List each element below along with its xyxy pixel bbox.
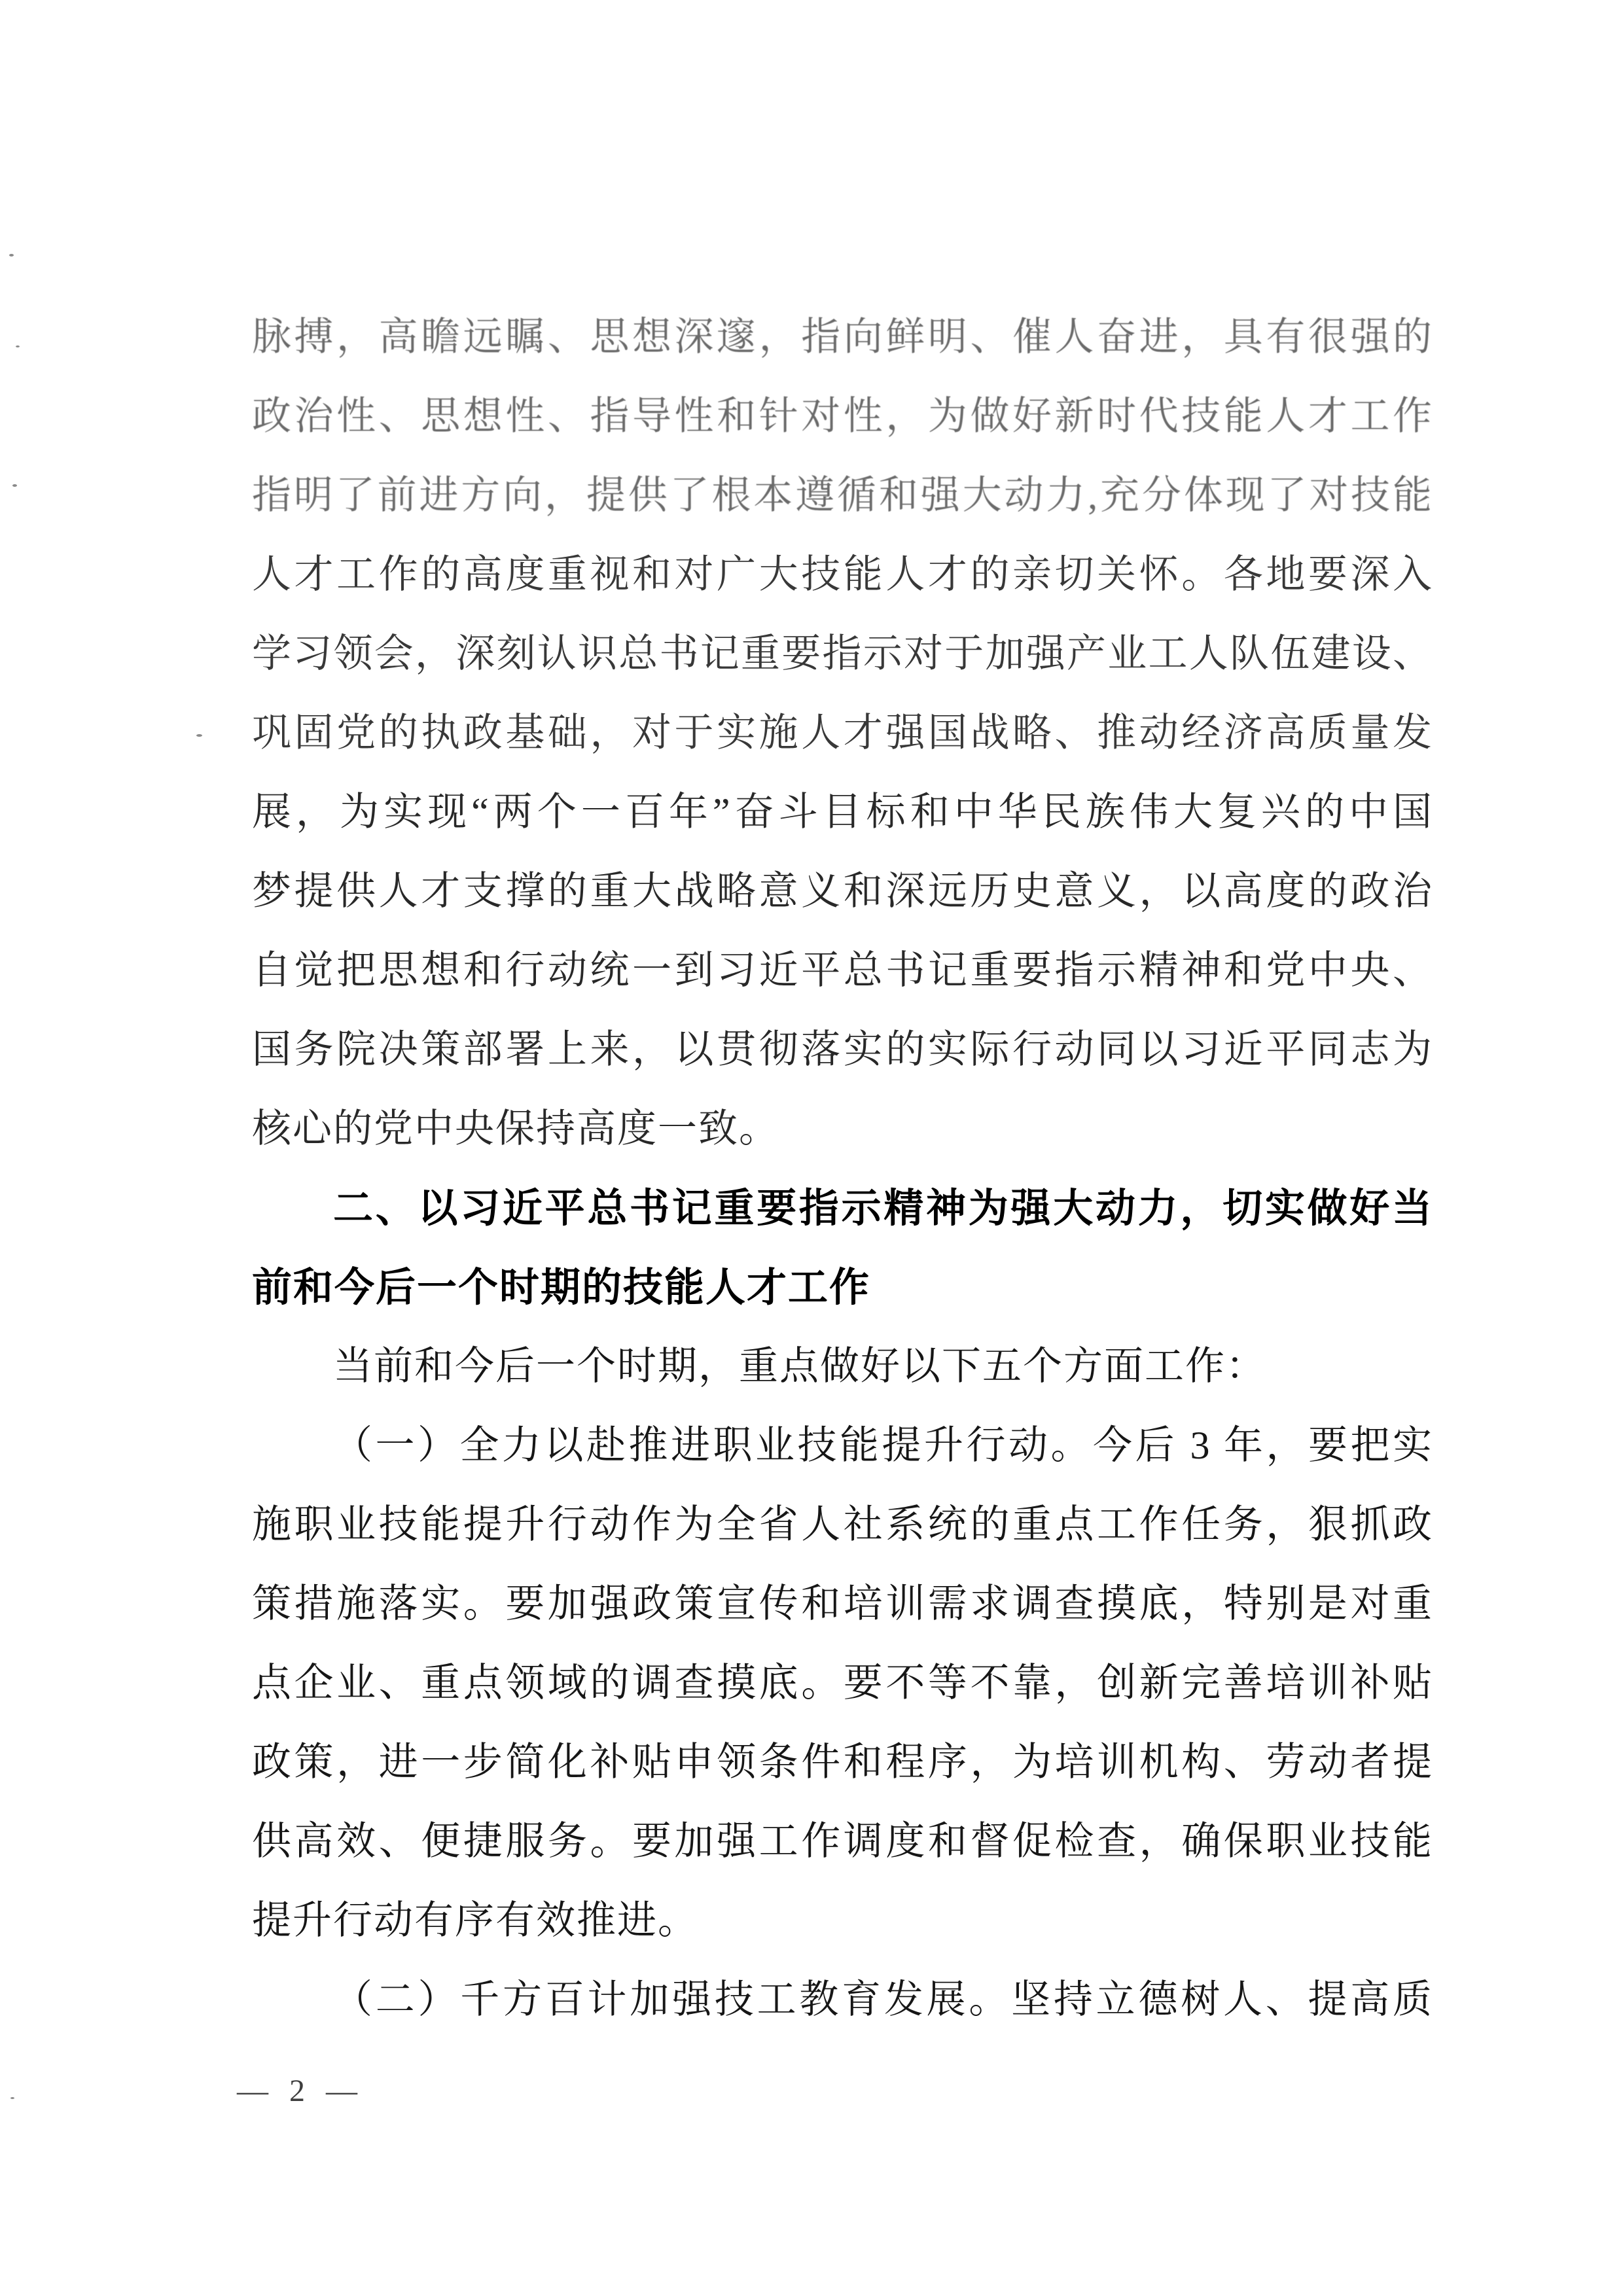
document-line: 提升行动有序有效推进。 <box>252 1881 1433 1960</box>
document-line: 当前和今后一个时期，重点做好以下五个方面工作： <box>252 1327 1433 1406</box>
document-line: （二）千方百计加强技工教育发展。坚持立德树人、提高质 <box>252 1960 1433 2040</box>
document-line: 国务院决策部署上来，以贯彻落实的实际行动同以习近平同志为 <box>252 1010 1433 1089</box>
document-line: 施职业技能提升行动作为全省人社系统的重点工作任务，狠抓政 <box>252 1485 1433 1564</box>
document-body: 脉搏，高瞻远瞩、思想深邃，指向鲜明、催人奋进，具有很强的 政治性、思想性、指导性… <box>252 298 1433 2040</box>
document-line: 供高效、便捷服务。要加强工作调度和督促检查，确保职业技能 <box>252 1802 1433 1881</box>
document-line: 自觉把思想和行动统一到习近平总书记重要指示精神和党中央、 <box>252 931 1433 1010</box>
document-line: 政治性、思想性、指导性和针对性，为做好新时代技能人才工作 <box>252 377 1433 456</box>
document-line: 人才工作的高度重视和对广大技能人才的亲切关怀。各地要深入 <box>252 535 1433 614</box>
scan-artifact <box>9 254 14 256</box>
page-number: — 2 — <box>237 2073 364 2109</box>
document-line: 学习领会，深刻认识总书记重要指示对于加强产业工人队伍建设、 <box>252 614 1433 694</box>
scan-artifact <box>12 484 17 487</box>
scan-artifact <box>196 734 202 737</box>
document-line: 点企业、重点领域的调查摸底。要不等不靠，创新完善培训补贴 <box>252 1644 1433 1723</box>
document-line: 政策，进一步简化补贴申领条件和程序，为培训机构、劳动者提 <box>252 1723 1433 1802</box>
document-line: 脉搏，高瞻远瞩、思想深邃，指向鲜明、催人奋进，具有很强的 <box>252 298 1433 377</box>
section-heading-line: 前和今后一个时期的技能人才工作 <box>252 1248 1433 1327</box>
document-line: 指明了前进方向，提供了根本遵循和强大动力,充分体现了对技能 <box>252 456 1433 535</box>
document-line: 核心的党中央保持高度一致。 <box>252 1089 1433 1169</box>
document-page: 脉搏，高瞻远瞩、思想深邃，指向鲜明、催人奋进，具有很强的 政治性、思想性、指导性… <box>0 0 1623 2296</box>
scan-artifact <box>16 345 20 347</box>
section-heading-line: 二、以习近平总书记重要指示精神为强大动力，切实做好当 <box>252 1169 1433 1248</box>
document-line: 展，为实现“两个一百年”奋斗目标和中华民族伟大复兴的中国 <box>252 773 1433 852</box>
document-line: 梦提供人才支撑的重大战略意义和深远历史意义，以高度的政治 <box>252 852 1433 931</box>
document-line: 巩固党的执政基础，对于实施人才强国战略、推动经济高质量发 <box>252 694 1433 773</box>
document-line: 策措施落实。要加强政策宣传和培训需求调查摸底，特别是对重 <box>252 1564 1433 1644</box>
scan-artifact <box>10 2097 14 2099</box>
document-line: （一）全力以赴推进职业技能提升行动。今后 3 年，要把实 <box>252 1406 1433 1485</box>
